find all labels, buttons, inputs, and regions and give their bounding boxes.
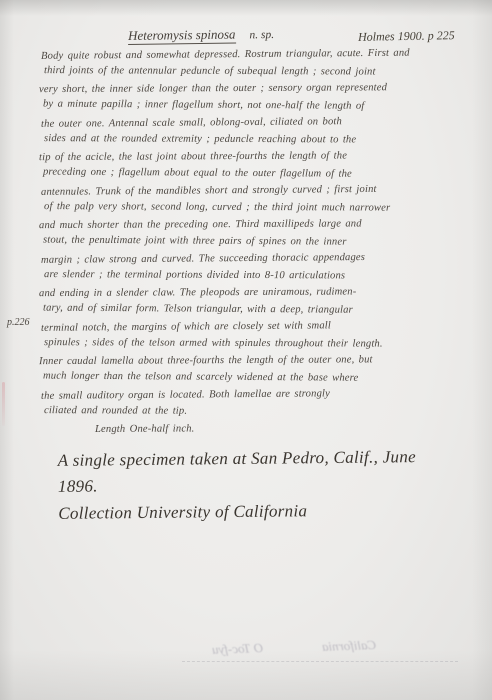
length-note: Length One-half inch. [95, 419, 460, 438]
manuscript-page: { "document": { "heading": { "species_ti… [0, 0, 492, 700]
species-name-underlined: Heteromysis spinosa [128, 27, 236, 45]
bleedthrough-rule [182, 661, 458, 662]
species-title: Heteromysis spinosan. sp. [128, 26, 274, 44]
collection-note-line: Collection University of California [58, 497, 417, 527]
manuscript-body: Body quite robust and somewhat depressed… [40, 46, 460, 437]
manuscript-line: ciliated and rounded at the tip. [44, 402, 460, 421]
reference-citation: Holmes 1900. p 225 [358, 28, 455, 45]
collection-note-line: 1896. [58, 470, 417, 500]
manuscript-line: of the palp very short, second long, cur… [44, 198, 460, 217]
manuscript-line: are slender ; the terminal portions divi… [44, 266, 460, 285]
edge-mark [2, 382, 5, 426]
bleedthrough-text: O Toc-fyu [212, 640, 264, 658]
collection-notes: A single specimen taken at San Pedro, Ca… [58, 444, 417, 527]
species-title-suffix: n. sp. [249, 29, 274, 41]
margin-page-note: p.226 [7, 317, 30, 328]
manuscript-line: spinules ; sides of the telson armed wit… [44, 334, 460, 353]
manuscript-line: third joints of the antennular peduncle … [44, 62, 460, 81]
manuscript-line: sides and at the rounded extremity ; ped… [44, 130, 460, 149]
bleedthrough-text: California [322, 637, 377, 655]
collection-note-line: A single specimen taken at San Pedro, Ca… [58, 444, 417, 474]
